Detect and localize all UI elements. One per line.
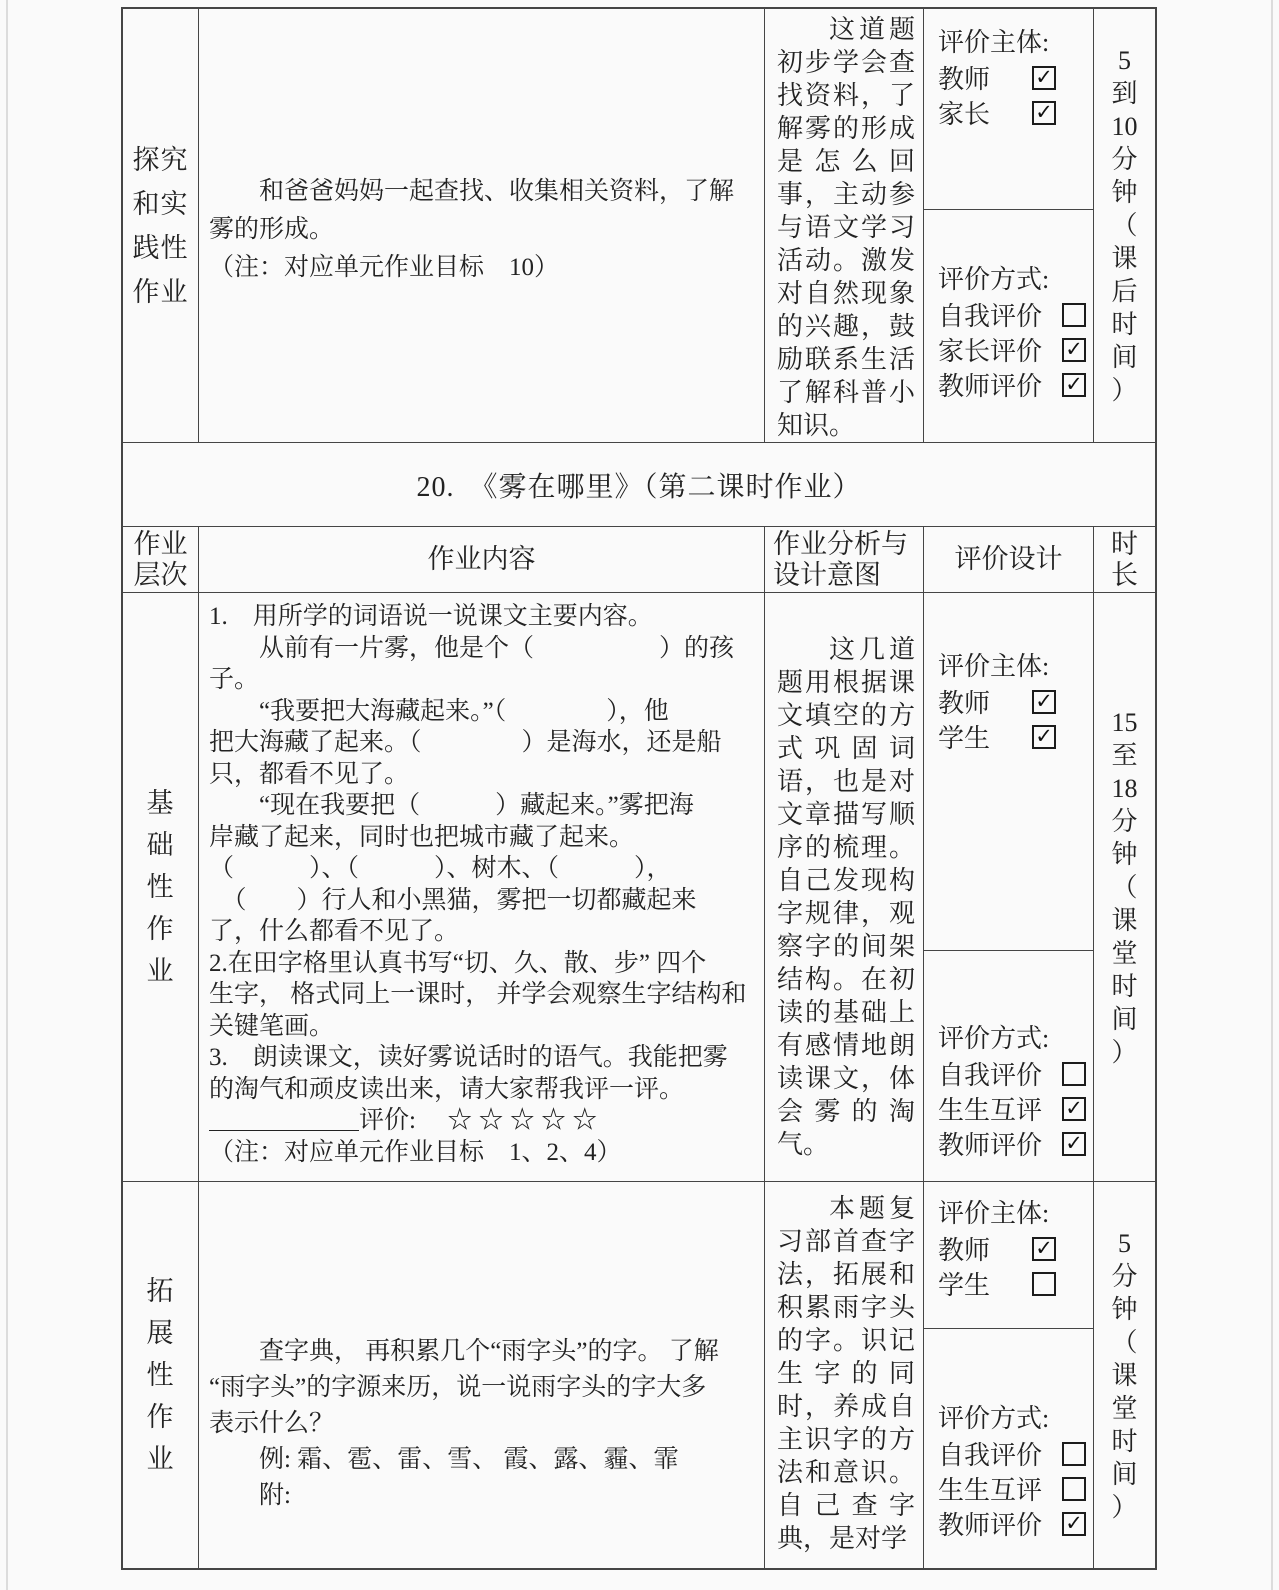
row-lesson-title: 20. 《雾在哪里》（第二课时作业） bbox=[123, 443, 1155, 527]
checkbox-label: 生生互评 bbox=[938, 1470, 1042, 1507]
checkbox-label: 学生 bbox=[938, 1265, 990, 1302]
evaluation-method-group: 评价方式: 自我评价家长评价教师评价 bbox=[924, 210, 1093, 442]
checkbox-label: 家长 bbox=[938, 94, 990, 131]
text-line: （ ）行人和小黑猫，雾把一切都藏起来 bbox=[209, 885, 755, 917]
text-line: 钟 bbox=[1111, 838, 1137, 871]
duration-cell: 5分钟（课堂时间） bbox=[1094, 1182, 1155, 1568]
header-level: 作业层次 bbox=[123, 527, 199, 592]
unchecked-checkbox-icon bbox=[1032, 1272, 1056, 1296]
evaluation-method-group: 评价方式: 自我评价生生互评教师评价 bbox=[924, 951, 1093, 1181]
text-line: （ bbox=[1111, 1326, 1137, 1359]
duration-cell: 5到10分钟（课后时间） bbox=[1094, 9, 1155, 442]
text-line: 岸藏了起来，同时也把城市藏了起来。 bbox=[209, 822, 755, 854]
checkbox-label: 生生互评 bbox=[938, 1090, 1042, 1127]
checkbox-item: 家长评价 bbox=[938, 332, 1086, 367]
checkbox-item: 自我评价 bbox=[938, 1056, 1086, 1091]
text-line: （注：对应单元作业目标 10） bbox=[209, 249, 755, 287]
evaluation-cell: 评价主体: 教师家长 评价方式: 自我评价家长评价教师评价 bbox=[924, 9, 1094, 442]
text-line: 雾的形成。 bbox=[209, 211, 755, 249]
level-cell: 拓展性作业 bbox=[123, 1182, 199, 1568]
evaluation-method-title: 评价方式: bbox=[938, 262, 1093, 297]
text-line: 基 bbox=[147, 782, 175, 824]
evaluation-subject-title: 评价主体: bbox=[938, 649, 1093, 684]
text-line: 5 bbox=[1111, 44, 1137, 77]
page-scan-right-edge bbox=[1271, 0, 1273, 1590]
analysis-text: 这道题初步学会查找资料，了解雾的形成是怎么回事，主动参与语文学习活动。激发对自然… bbox=[765, 9, 923, 442]
evaluation-subject-items: 教师学生 bbox=[938, 1231, 1093, 1301]
text-line: 只，都看不见了。 bbox=[209, 759, 755, 791]
text-line: 时 bbox=[1111, 308, 1137, 341]
evaluation-cell: 评价主体: 教师学生 评价方式: 自我评价生生互评教师评价 bbox=[924, 1182, 1094, 1568]
text-line: “雨字头”的字源来历，说一说雨字头的字大多 bbox=[209, 1370, 755, 1406]
page-scan-left-edge bbox=[6, 0, 8, 1590]
text-line: 时 bbox=[1111, 1425, 1137, 1458]
unchecked-checkbox-icon bbox=[1062, 1477, 1086, 1501]
level-label: 探究和实践性作业 bbox=[133, 138, 189, 314]
text-line: ＿＿＿＿＿＿评价: ☆ ☆ ☆ ☆ ☆ bbox=[209, 1105, 755, 1137]
text-line: 探究 bbox=[133, 138, 189, 182]
checkbox-item: 学生 bbox=[938, 1266, 1056, 1301]
text-line: 的淘气和顽皮读出来，请大家帮我评一评。 bbox=[209, 1074, 755, 1106]
checked-checkbox-icon bbox=[1032, 66, 1056, 90]
homework-content: 和爸爸妈妈一起查找、收集相关资料，了解雾的形成。（注：对应单元作业目标 10） bbox=[199, 9, 764, 442]
checked-checkbox-icon bbox=[1032, 1237, 1056, 1261]
text-line: 性 bbox=[147, 866, 175, 908]
checked-checkbox-icon bbox=[1062, 1132, 1086, 1156]
text-line: ） bbox=[1111, 1491, 1137, 1524]
text-line: 拓 bbox=[147, 1270, 175, 1312]
checkbox-label: 学生 bbox=[938, 718, 990, 755]
checkbox-label: 自我评价 bbox=[938, 1435, 1042, 1472]
checkbox-item: 生生互评 bbox=[938, 1471, 1086, 1506]
unchecked-checkbox-icon bbox=[1062, 1442, 1086, 1466]
checked-checkbox-icon bbox=[1062, 373, 1086, 397]
level-label: 基础性作业 bbox=[147, 782, 175, 992]
text-line: ） bbox=[1111, 1036, 1137, 1069]
text-line: 性 bbox=[147, 1354, 175, 1396]
checkbox-item: 教师 bbox=[938, 1231, 1056, 1266]
header-duration: 时长 bbox=[1094, 527, 1155, 592]
content-cell: 查字典， 再积累几个“雨字头”的字。 了解“雨字头”的字源来历，说一说雨字头的字… bbox=[199, 1182, 765, 1568]
text-line: 间 bbox=[1111, 1003, 1137, 1036]
checked-checkbox-icon bbox=[1062, 1097, 1086, 1121]
checkbox-item: 教师 bbox=[938, 60, 1056, 95]
text-line: 和实 bbox=[133, 182, 189, 226]
text-line: 和爸爸妈妈一起查找、收集相关资料，了解 bbox=[209, 173, 755, 211]
text-line: “我要把大海藏起来。”（ ），他 bbox=[209, 696, 755, 728]
homework-content: 查字典， 再积累几个“雨字头”的字。 了解“雨字头”的字源来历，说一说雨字头的字… bbox=[199, 1182, 764, 1514]
checkbox-item: 学生 bbox=[938, 719, 1056, 754]
text-line: （ bbox=[1111, 209, 1137, 242]
unchecked-checkbox-icon bbox=[1062, 1062, 1086, 1086]
content-cell: 和爸爸妈妈一起查找、收集相关资料，了解雾的形成。（注：对应单元作业目标 10） bbox=[199, 9, 765, 442]
text-line: 间 bbox=[1111, 1458, 1137, 1491]
checked-checkbox-icon bbox=[1062, 338, 1086, 362]
text-line: 18 bbox=[1111, 772, 1137, 805]
evaluation-subject-items: 教师家长 bbox=[938, 60, 1093, 130]
evaluation-subject-title: 评价主体: bbox=[938, 25, 1093, 60]
text-line: 分 bbox=[1111, 805, 1137, 838]
text-line: 1. 用所学的词语说一说课文主要内容。 bbox=[209, 601, 755, 633]
checkbox-label: 教师评价 bbox=[938, 1505, 1042, 1542]
text-line: 业 bbox=[147, 1438, 175, 1480]
lesson-title: 20. 《雾在哪里》（第二课时作业） bbox=[416, 465, 861, 505]
analysis-cell: 本题复习部首查字法，拓展和积累雨字头的字。识记生字的同时，养成自主识字的方法和意… bbox=[765, 1182, 924, 1568]
text-line: 2.在田字格里认真书写“切、久、散、步” 四个 bbox=[209, 948, 755, 980]
row-header: 作业层次 作业内容 作业分析与设计意图 评价设计 时长 bbox=[123, 527, 1155, 593]
row-exploration-practice: 探究和实践性作业 和爸爸妈妈一起查找、收集相关资料，了解雾的形成。（注：对应单元… bbox=[123, 9, 1155, 443]
content-cell: 1. 用所学的词语说一说课文主要内容。 从前有一片雾，他是个（ ）的孩子。 “我… bbox=[199, 593, 765, 1181]
evaluation-method-items: 自我评价生生互评教师评价 bbox=[938, 1436, 1093, 1541]
evaluation-method-group: 评价方式: 自我评价生生互评教师评价 bbox=[924, 1329, 1093, 1568]
unchecked-checkbox-icon bbox=[1062, 303, 1086, 327]
checkbox-label: 教师 bbox=[938, 683, 990, 720]
checked-checkbox-icon bbox=[1032, 725, 1056, 749]
text-line: 到 bbox=[1111, 77, 1137, 110]
text-line: 堂 bbox=[1111, 937, 1137, 970]
text-line: 生字， 格式同上一课时， 并学会观察生字结构和 bbox=[209, 979, 755, 1011]
text-line: 分 bbox=[1111, 143, 1137, 176]
evaluation-method-items: 自我评价生生互评教师评价 bbox=[938, 1056, 1093, 1161]
checkbox-item: 自我评价 bbox=[938, 297, 1086, 332]
checked-checkbox-icon bbox=[1032, 101, 1056, 125]
text-line: 表示什么？ bbox=[209, 1406, 755, 1442]
text-line: 关键笔画。 bbox=[209, 1011, 755, 1043]
checked-checkbox-icon bbox=[1062, 1512, 1086, 1536]
text-line: 把大海藏了起来。（ ）是海水，还是船 bbox=[209, 727, 755, 759]
text-line: 作 bbox=[147, 1396, 175, 1438]
text-line: 10 bbox=[1111, 110, 1137, 143]
evaluation-subject-group: 评价主体: 教师学生 bbox=[924, 1182, 1093, 1329]
evaluation-cell: 评价主体: 教师学生 评价方式: 自我评价生生互评教师评价 bbox=[924, 593, 1094, 1181]
level-cell: 基础性作业 bbox=[123, 593, 199, 1181]
evaluation-subject-group: 评价主体: 教师学生 bbox=[924, 593, 1093, 951]
header-analysis: 作业分析与设计意图 bbox=[765, 527, 924, 592]
text-line: ） bbox=[1111, 374, 1137, 407]
text-line: （ ）、（ ）、树木、（ ）， bbox=[209, 853, 755, 885]
evaluation-subject-title: 评价主体: bbox=[938, 1196, 1093, 1231]
duration-text: 5分钟（课堂时间） bbox=[1111, 1227, 1137, 1524]
duration-text: 15至18分钟（课堂时间） bbox=[1111, 706, 1137, 1069]
text-line: 了，什么都看不见了。 bbox=[209, 916, 755, 948]
checkbox-label: 教师 bbox=[938, 1230, 990, 1267]
evaluation-method-title: 评价方式: bbox=[938, 1401, 1093, 1436]
text-line: 业 bbox=[147, 950, 175, 992]
duration-cell: 15至18分钟（课堂时间） bbox=[1094, 593, 1155, 1181]
scanned-document-page: { "title_row": "20. 《雾在哪里》（第二课时作业）", "he… bbox=[0, 0, 1279, 1590]
text-line: 课 bbox=[1111, 1359, 1137, 1392]
text-line: 作业 bbox=[133, 270, 189, 314]
text-line: 课 bbox=[1111, 242, 1137, 275]
row-extension: 拓展性作业 查字典， 再积累几个“雨字头”的字。 了解“雨字头”的字源来历，说一… bbox=[123, 1182, 1155, 1568]
text-line: （注：对应单元作业目标 1、2、4） bbox=[209, 1137, 755, 1169]
checkbox-label: 教师评价 bbox=[938, 1125, 1042, 1162]
checkbox-label: 家长评价 bbox=[938, 331, 1042, 368]
text-line: 间 bbox=[1111, 341, 1137, 374]
text-line: 查字典， 再积累几个“雨字头”的字。 了解 bbox=[209, 1334, 755, 1370]
text-line: 堂 bbox=[1111, 1392, 1137, 1425]
checkbox-label: 教师 bbox=[938, 59, 990, 96]
evaluation-method-items: 自我评价家长评价教师评价 bbox=[938, 297, 1093, 402]
text-line: 15 bbox=[1111, 706, 1137, 739]
header-content: 作业内容 bbox=[199, 527, 765, 592]
checkbox-item: 教师 bbox=[938, 684, 1056, 719]
header-evaluation: 评价设计 bbox=[924, 527, 1094, 592]
row-basic: 基础性作业 1. 用所学的词语说一说课文主要内容。 从前有一片雾，他是个（ ）的… bbox=[123, 593, 1155, 1182]
analysis-cell: 这几道题用根据课文填空的方式巩固词语，也是对文章描写顺序的梳理。自己发现构字规律… bbox=[765, 593, 924, 1181]
homework-content: 1. 用所学的词语说一说课文主要内容。 从前有一片雾，他是个（ ）的孩子。 “我… bbox=[199, 593, 764, 1168]
text-line: 践性 bbox=[133, 226, 189, 270]
text-line: 附: bbox=[209, 1478, 755, 1514]
text-line: “现在我要把（ ）藏起来。”雾把海 bbox=[209, 790, 755, 822]
checkbox-item: 教师评价 bbox=[938, 1506, 1086, 1541]
text-line: 子。 bbox=[209, 664, 755, 696]
text-line: 展 bbox=[147, 1312, 175, 1354]
level-cell: 探究和实践性作业 bbox=[123, 9, 199, 442]
evaluation-subject-group: 评价主体: 教师家长 bbox=[924, 9, 1093, 210]
text-line: 3. 朗读课文，读好雾说话时的语气。我能把雾 bbox=[209, 1042, 755, 1074]
analysis-text: 这几道题用根据课文填空的方式巩固词语，也是对文章描写顺序的梳理。自己发现构字规律… bbox=[765, 593, 923, 1161]
text-line: 钟 bbox=[1111, 176, 1137, 209]
checkbox-label: 教师评价 bbox=[938, 366, 1042, 403]
checkbox-label: 自我评价 bbox=[938, 1055, 1042, 1092]
text-line: 分 bbox=[1111, 1260, 1137, 1293]
text-line: 后 bbox=[1111, 275, 1137, 308]
checked-checkbox-icon bbox=[1032, 690, 1056, 714]
checkbox-label: 自我评价 bbox=[938, 296, 1042, 333]
homework-design-table: 探究和实践性作业 和爸爸妈妈一起查找、收集相关资料，了解雾的形成。（注：对应单元… bbox=[121, 7, 1157, 1570]
text-line: 时 bbox=[1111, 970, 1137, 1003]
text-line: 从前有一片雾，他是个（ ）的孩 bbox=[209, 633, 755, 665]
text-line: 钟 bbox=[1111, 1293, 1137, 1326]
text-line: 5 bbox=[1111, 1227, 1137, 1260]
checkbox-item: 自我评价 bbox=[938, 1436, 1086, 1471]
analysis-text: 本题复习部首查字法，拓展和积累雨字头的字。识记生字的同时，养成自主识字的方法和意… bbox=[765, 1182, 923, 1555]
checkbox-item: 生生互评 bbox=[938, 1091, 1086, 1126]
checkbox-item: 教师评价 bbox=[938, 367, 1086, 402]
evaluation-subject-items: 教师学生 bbox=[938, 684, 1093, 754]
text-line: 础 bbox=[147, 824, 175, 866]
evaluation-method-title: 评价方式: bbox=[938, 1021, 1093, 1056]
text-line: 作 bbox=[147, 908, 175, 950]
analysis-cell: 这道题初步学会查找资料，了解雾的形成是怎么回事，主动参与语文学习活动。激发对自然… bbox=[765, 9, 924, 442]
text-line: 至 bbox=[1111, 739, 1137, 772]
text-line: 课 bbox=[1111, 904, 1137, 937]
duration-text: 5到10分钟（课后时间） bbox=[1111, 44, 1137, 407]
text-line: （ bbox=[1111, 871, 1137, 904]
level-label: 拓展性作业 bbox=[147, 1270, 175, 1480]
text-line: 例: 霜、雹、雷、雪、 霞、露、霾、霏 bbox=[209, 1442, 755, 1478]
checkbox-item: 教师评价 bbox=[938, 1126, 1086, 1161]
checkbox-item: 家长 bbox=[938, 95, 1056, 130]
